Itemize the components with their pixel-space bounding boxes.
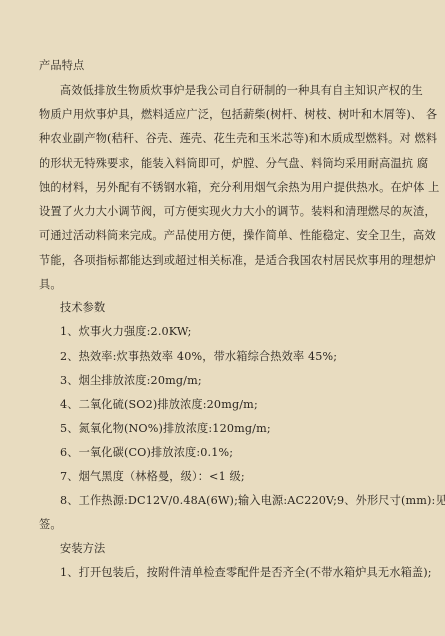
- paragraph-line: 蚀的材料，另外配有不锈钢水箱，充分利用烟气余热为用户提供热水。在炉体 上: [39, 181, 440, 195]
- paragraph-line: 设置了火力大小调节阀，可方便实现火力大小的调节。装料和清理燃尽的灰渣，: [39, 205, 436, 219]
- section-heading-product-features: 产品特点: [39, 59, 84, 73]
- paragraph-line: 种农业副产物(秸秆、谷壳、莲壳、花生壳和玉米芯等)和木质成型燃料。对 燃料: [39, 132, 437, 146]
- paragraph-line: 物质户用炊事炉具，燃料适应广泛，包括薪柴(树杆、树枝、树叶和木屑等)、 各: [39, 108, 437, 122]
- section-heading-technical-specs: 技术参数: [60, 301, 105, 315]
- document-page: 产品特点 高效低排放生物质炊事炉是我公司自行研制的一种具有自主知识产权的生 物质…: [0, 0, 445, 636]
- spec-item: 1、炊事火力强度:2.0KW;: [60, 325, 192, 339]
- spec-item: 4、二氧化硫(SO2)排放浓度:20mg/m;: [60, 398, 258, 412]
- spec-item: 5、氮氧化物(NO%)排放浓度:120mg/m;: [60, 422, 271, 436]
- spec-item: 6、一氧化碳(CO)排放浓度:0.1%;: [60, 446, 233, 460]
- spec-item: 2、热效率:炊事热效率 40%，带水箱综合热效率 45%;: [60, 350, 337, 364]
- spec-item: 8、工作热源:DC12V/0.48A(6W);输入电源:AC220V;9、外形尺…: [60, 494, 445, 508]
- paragraph-line: 具。: [39, 278, 62, 292]
- install-step: 1、打开包装后，按附件清单检查零配件是否齐全(不带水箱炉具无水箱盖);: [60, 566, 432, 580]
- spec-item-continuation: 签。: [39, 518, 62, 532]
- spec-item: 3、烟尘排放浓度:20mg/m;: [60, 374, 202, 388]
- paragraph-line: 可通过活动料筒来完成。产品使用方便，操作简单、性能稳定、安全卫生，高效: [39, 229, 436, 243]
- paragraph-line: 高效低排放生物质炊事炉是我公司自行研制的一种具有自主知识产权的生: [60, 84, 423, 98]
- section-heading-installation: 安装方法: [60, 542, 105, 556]
- paragraph-line: 的形状无特殊要求，能装入料筒即可，炉膛、分气盘、料筒均采用耐高温抗 腐: [39, 157, 428, 171]
- spec-item: 7、烟气黑度（林格曼，级）：<1 级;: [60, 470, 245, 484]
- paragraph-line: 节能，各项指标都能达到或超过相关标准，是适合我国农村居民炊事用的理想炉: [39, 254, 436, 268]
